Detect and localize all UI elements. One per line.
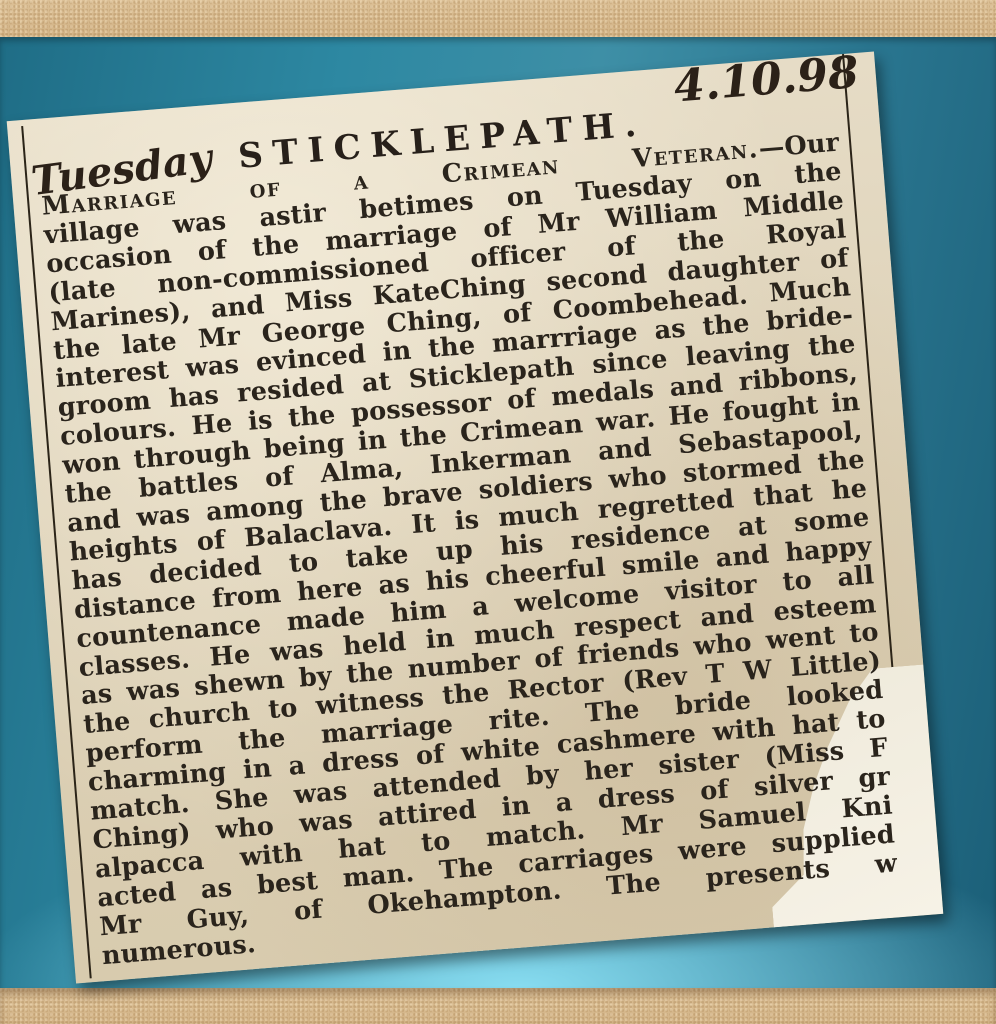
clipping-paper: Tuesday STICKLEPATH. 4.10.98 Marriage of… (7, 52, 944, 984)
article-body: Tuesday STICKLEPATH. 4.10.98 Marriage of… (36, 73, 901, 971)
newspaper-clipping: Tuesday STICKLEPATH. 4.10.98 Marriage of… (7, 52, 944, 984)
sand-border-top (0, 0, 996, 37)
handwritten-date: 4.10.98 (673, 59, 860, 103)
sand-border-bottom (0, 988, 996, 1024)
